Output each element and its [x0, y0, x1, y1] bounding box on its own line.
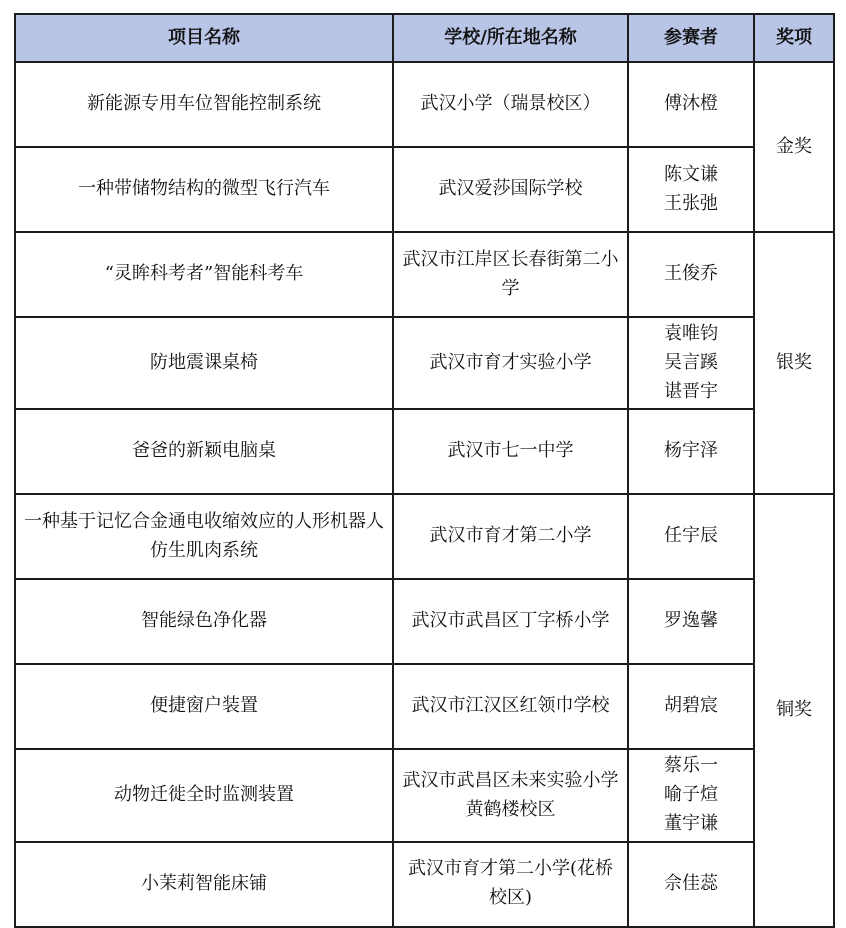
school-cell: 武汉市育才第二小学: [393, 494, 628, 579]
project-cell: 动物迁徙全时监测装置: [15, 749, 393, 841]
table-row: 防地震课桌椅 武汉市育才实验小学 袁唯钧 吴言蹊 谌晋宇: [15, 317, 834, 409]
project-cell: 一种基于记忆合金通电收缩效应的人形机器人仿生肌肉系统: [15, 494, 393, 579]
project-cell: 智能绿色净化器: [15, 579, 393, 664]
participant-name: 罗逸馨: [637, 607, 745, 636]
awards-table: 项目名称 学校/所在地名称 参赛者 奖项 新能源专用车位智能控制系统 武汉小学（…: [14, 13, 835, 928]
participant-name: 王俊乔: [637, 260, 745, 289]
participant-name: 蔡乐一: [637, 752, 745, 781]
project-cell: 便捷窗户装置: [15, 664, 393, 749]
participant-name: 吴言蹊: [637, 349, 745, 378]
school-cell: 武汉市育才实验小学: [393, 317, 628, 409]
participant-cell: 蔡乐一 喻子煊 董宇谦: [628, 749, 754, 841]
table-row: 智能绿色净化器 武汉市武昌区丁字桥小学 罗逸馨: [15, 579, 834, 664]
participant-name: 袁唯钧: [637, 320, 745, 349]
project-cell: 防地震课桌椅: [15, 317, 393, 409]
document-page: 项目名称 学校/所在地名称 参赛者 奖项 新能源专用车位智能控制系统 武汉小学（…: [0, 0, 846, 926]
school-cell: 武汉市江汉区红领巾学校: [393, 664, 628, 749]
table-row: 小茉莉智能床铺 武汉市育才第二小学(花桥校区) 佘佳蕊: [15, 842, 834, 927]
participant-cell: 佘佳蕊: [628, 842, 754, 927]
award-cell-gold: 金奖: [754, 62, 834, 232]
participant-name: 喻子煊: [637, 781, 745, 810]
participant-cell: 胡碧宸: [628, 664, 754, 749]
award-cell-silver: 银奖: [754, 232, 834, 494]
participant-cell: 傅沐橙: [628, 62, 754, 147]
table-row: 便捷窗户装置 武汉市江汉区红领巾学校 胡碧宸: [15, 664, 834, 749]
participant-name: 胡碧宸: [637, 692, 745, 721]
project-cell: “灵眸科考者”智能科考车: [15, 232, 393, 317]
participant-name: 傅沐橙: [637, 90, 745, 119]
participant-cell: 罗逸馨: [628, 579, 754, 664]
school-cell: 武汉市育才第二小学(花桥校区): [393, 842, 628, 927]
school-cell: 武汉小学（瑞景校区）: [393, 62, 628, 147]
participant-name: 陈文谦: [637, 161, 745, 190]
project-cell: 爸爸的新颖电脑桌: [15, 409, 393, 494]
table-row: 爸爸的新颖电脑桌 武汉市七一中学 杨宇泽: [15, 409, 834, 494]
table-row: 动物迁徙全时监测装置 武汉市武昌区未来实验小学黄鹤楼校区 蔡乐一 喻子煊 董宇谦: [15, 749, 834, 841]
participant-name: 任宇辰: [637, 522, 745, 551]
header-project: 项目名称: [15, 14, 393, 62]
project-cell: 小茉莉智能床铺: [15, 842, 393, 927]
table-row: 一种基于记忆合金通电收缩效应的人形机器人仿生肌肉系统 武汉市育才第二小学 任宇辰…: [15, 494, 834, 579]
header-award: 奖项: [754, 14, 834, 62]
header-school: 学校/所在地名称: [393, 14, 628, 62]
header-participant: 参赛者: [628, 14, 754, 62]
participant-name: 董宇谦: [637, 810, 745, 839]
participant-cell: 任宇辰: [628, 494, 754, 579]
participant-cell: 杨宇泽: [628, 409, 754, 494]
participant-cell: 袁唯钧 吴言蹊 谌晋宇: [628, 317, 754, 409]
participant-name: 谌晋宇: [637, 378, 745, 407]
award-cell-bronze: 铜奖: [754, 494, 834, 926]
participant-name: 王张弛: [637, 190, 745, 219]
project-cell: 新能源专用车位智能控制系统: [15, 62, 393, 147]
header-row: 项目名称 学校/所在地名称 参赛者 奖项: [15, 14, 834, 62]
table-row: “灵眸科考者”智能科考车 武汉市江岸区长春街第二小学 王俊乔 银奖: [15, 232, 834, 317]
project-cell: 一种带储物结构的微型飞行汽车: [15, 147, 393, 232]
participant-name: 佘佳蕊: [637, 870, 745, 899]
table-row: 一种带储物结构的微型飞行汽车 武汉爱莎国际学校 陈文谦 王张弛: [15, 147, 834, 232]
participant-cell: 陈文谦 王张弛: [628, 147, 754, 232]
school-cell: 武汉市七一中学: [393, 409, 628, 494]
school-cell: 武汉市江岸区长春街第二小学: [393, 232, 628, 317]
participant-name: 杨宇泽: [637, 437, 745, 466]
participant-cell: 王俊乔: [628, 232, 754, 317]
school-cell: 武汉市武昌区未来实验小学黄鹤楼校区: [393, 749, 628, 841]
school-cell: 武汉爱莎国际学校: [393, 147, 628, 232]
school-cell: 武汉市武昌区丁字桥小学: [393, 579, 628, 664]
table-row: 新能源专用车位智能控制系统 武汉小学（瑞景校区） 傅沐橙 金奖: [15, 62, 834, 147]
